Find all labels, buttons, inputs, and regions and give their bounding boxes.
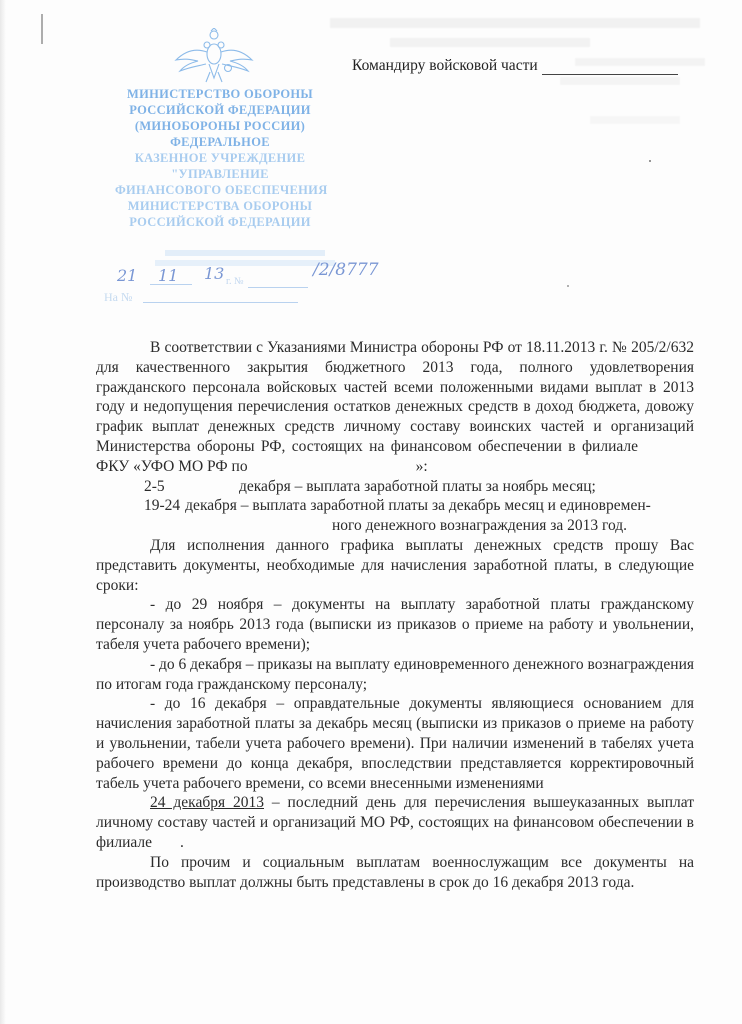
addressee: Командиру войсковой части xyxy=(352,57,678,75)
registration-year: 13 xyxy=(204,264,224,283)
schedule-row: 19-24 декабря – выплата заработной платы… xyxy=(96,496,694,516)
schedule-dates: 19-24 xyxy=(96,496,185,516)
stamp-line: КАЗЕННОЕ УЧРЕЖДЕНИЕ xyxy=(115,150,325,166)
last-day-paragraph: 24 декабря 2013 – последний день для пер… xyxy=(96,793,694,852)
payment-schedule: 2-5 декабря – выплата заработной платы з… xyxy=(96,477,694,536)
scan-speck xyxy=(567,285,569,287)
stamp-line: (МИНОБОРОНЫ РОССИИ) xyxy=(115,118,325,134)
bleed-through-line xyxy=(560,77,680,85)
stamp-line: РОССИЙСКОЙ ФЕДЕРАЦИИ xyxy=(115,102,325,118)
scan-speck xyxy=(649,160,651,162)
intro-end: »: xyxy=(416,458,428,475)
stamp-line: ФИНАНСОВОГО ОБЕСПЕЧЕНИЯ xyxy=(115,182,325,198)
faint-address-line xyxy=(155,260,335,266)
stamp-line: РОССИЙСКОЙ ФЕДЕРАЦИИ xyxy=(115,214,325,230)
letterhead-stamp: МИНИСТЕРСТВО ОБОРОНЫ РОССИЙСКОЙ ФЕДЕРАЦИ… xyxy=(115,86,325,230)
last-day-end: . xyxy=(180,834,184,851)
schedule-row: 2-5 декабря – выплата заработной платы з… xyxy=(96,477,694,497)
scan-binder-mark xyxy=(41,14,43,44)
request-paragraph: Для исполнения данного графика выплаты д… xyxy=(96,536,694,595)
deadline-item: - до 6 декабря – приказы на выплату един… xyxy=(96,655,694,695)
faint-address-line xyxy=(165,250,325,256)
unit-number-blank xyxy=(542,60,678,75)
double-headed-eagle-emblem-icon xyxy=(174,28,254,86)
registration-year-suffix: г. № xyxy=(226,276,244,287)
stamp-line: МИНИСТЕРСТВА ОБОРОНЫ xyxy=(115,198,325,214)
schedule-continuation: ного денежного вознаграждения за 2013 го… xyxy=(96,516,694,536)
registration-day: 21 xyxy=(117,266,137,285)
stamp-line: ФЕДЕРАЛЬНОЕ xyxy=(115,134,325,150)
schedule-dates: 2-5 xyxy=(96,477,239,497)
registration-number: /2/8777 xyxy=(313,260,379,280)
bleed-through-line xyxy=(390,38,590,47)
reply-to-label: На № xyxy=(104,290,132,305)
stamp-line: МИНИСТЕРСТВО ОБОРОНЫ xyxy=(115,86,325,102)
deadline-item: - до 16 декабря – оправдательные докумен… xyxy=(96,694,694,793)
intro-org: ФКУ «УФО МО РФ по xyxy=(96,458,248,475)
bleed-through-line xyxy=(590,116,680,124)
bleed-through-line xyxy=(330,18,700,28)
number-underline xyxy=(248,287,308,288)
month-underline xyxy=(150,284,192,285)
schedule-text: декабря – выплата заработной платы за де… xyxy=(185,496,651,516)
addressee-label: Командиру войсковой части xyxy=(352,57,538,74)
intro-paragraph: В соответствии с Указаниями Министра обо… xyxy=(96,338,694,477)
stamp-line: "УПРАВЛЕНИЕ xyxy=(115,166,325,182)
schedule-text: декабря – выплата заработной платы за но… xyxy=(239,477,596,497)
reply-to-underline xyxy=(143,302,298,303)
registration-month: 11 xyxy=(158,266,178,285)
intro-text: В соответствии с Указаниями Министра обо… xyxy=(96,339,694,455)
other-payments-paragraph: По прочим и социальным выплатам военносл… xyxy=(96,853,694,893)
page-edge-shadow xyxy=(0,0,6,1024)
deadline-item: - до 29 ноября – документы на выплату за… xyxy=(96,595,694,654)
last-day-date: 24 декабря 2013 xyxy=(150,794,264,811)
letter-body: В соответствии с Указаниями Министра обо… xyxy=(96,338,694,892)
